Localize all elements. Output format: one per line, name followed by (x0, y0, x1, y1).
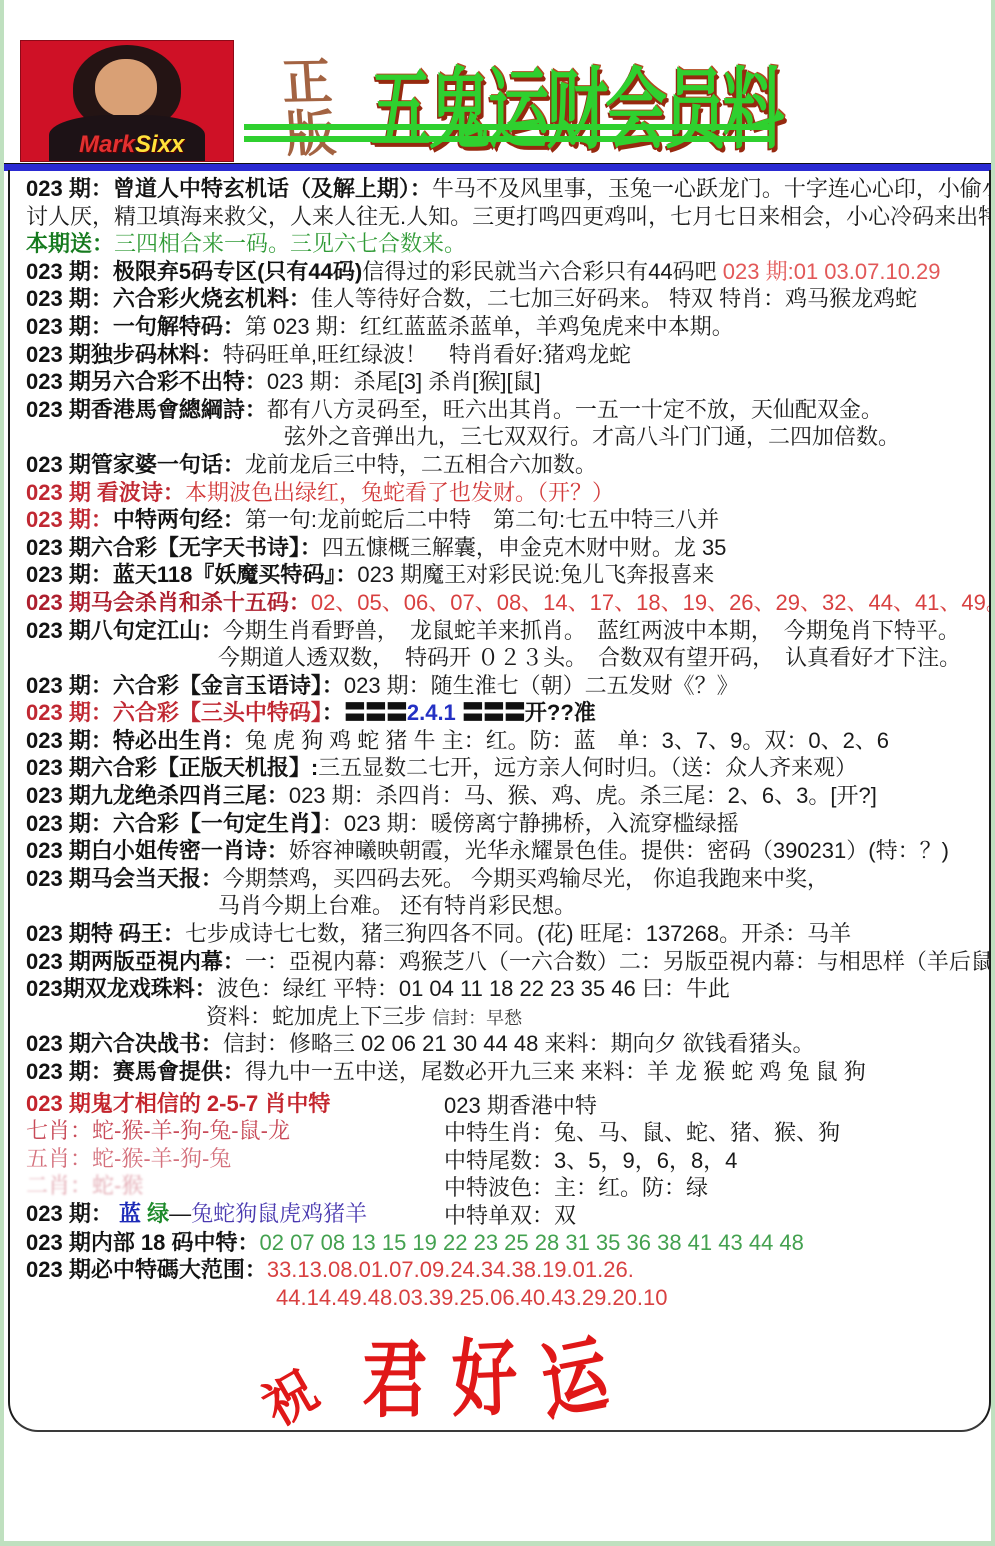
text-segment: 娇容神曦映朝霞，光华永耀景色佳。提供：密码（390231）(特：？) (289, 838, 949, 863)
lottery-tip-sheet-page: MarkSixx 正版 五鬼运财会员料 023 期：曾道人中特玄机话（及解上期）… (0, 0, 995, 1546)
text-segment: 023 期： (26, 286, 113, 311)
text-segment: 023 期： (26, 1201, 119, 1226)
text-segment: 一：亞視内幕：鸡猴芝八（一六合数）二：另版亞視内幕：与相思样（羊后鼠前） (245, 949, 991, 974)
text-segment: 信封：早愁 (432, 1008, 522, 1028)
text-segment: 023 期： (26, 1059, 113, 1084)
text-segment: 023 期：杀四肖：马、猴、鸡、虎。杀三尾：2、6、3。[开?] (289, 783, 877, 808)
text-segment: 023 期九龙绝杀四肖三尾： (26, 783, 289, 808)
text-segment: 七肖：蛇-猴-羊-狗-兔-鼠-龙 (26, 1118, 290, 1143)
text-segment: 023 期：六合彩【三头中特码】 (26, 700, 322, 725)
text-segment: 023 期香港馬會總綱詩： (26, 397, 267, 422)
text-segment: 023 期： (26, 562, 113, 587)
text-segment: 023 期： (26, 314, 113, 339)
text-segment: 信封：修略三 02 06 21 30 44 48 来料：期向夕 欲钱看猪头。 (223, 1031, 815, 1056)
title-underline-1 (244, 124, 772, 130)
content-line: 023 期六合彩【正版天机报】:三五显数二七开，远方亲人何时归。（送：众人齐来观… (26, 754, 983, 782)
content-line: 023 期八句定江山：今期生肖看野兽， 龙鼠蛇羊来抓肖。 蓝红两波中本期， 今期… (26, 617, 983, 645)
content-line: 023 期两版亞視内幕：一：亞視内幕：鸡猴芝八（一六合数）二：另版亞視内幕：与相… (26, 948, 983, 976)
content-line: 023 期：曾道人中特玄机话（及解上期）：牛马不及风里事，玉兔一心跃龙门。十字连… (26, 175, 983, 203)
content-line: 023 期 看波诗：本期波色出绿红，兔蛇看了也发财。（开？） (26, 479, 983, 507)
text-segment: 蓝天118『妖魔买特码』： (113, 562, 358, 587)
text-segment: ：023 期：暖傍离宁静拂桥，入流穿槛绿摇 (322, 811, 739, 836)
content-line: 本期送：三四相合来一码。三见六七合数来。 (26, 230, 983, 258)
zhengban-stamp: 正版 (262, 55, 356, 166)
text-segment: 兔 虎 狗 鸡 蛇 猪 牛 主：红。防：蓝 单：3、7、9。双：0、2、6 (245, 728, 889, 753)
text-segment: 023 期管家婆一句话： (26, 452, 245, 477)
text-segment: 023 期马会杀肖和杀十五码： (26, 590, 311, 615)
text-segment: 本期送： (26, 231, 114, 256)
content-line: 44.14.49.48.03.39.25.06.40.43.29.20.10 (276, 1284, 983, 1312)
content-line: 二肖：蛇-猴 (26, 1172, 367, 1200)
good-luck-wish: 祝君好运 (26, 1313, 983, 1432)
text-segment: 马肖今期上台难。 还有特肖彩民想。 (218, 893, 576, 918)
photo-face (95, 59, 157, 117)
good-luck-char: 君 (362, 1313, 428, 1432)
content-line: 023 期： 蓝 绿—兔蛇狗鼠虎鸡猪羊 (26, 1200, 367, 1228)
content-line: 023 期：六合彩【三头中特码】：〓〓〓2.4.1 〓〓〓开??准 (26, 699, 983, 727)
text-segment: 兔蛇狗鼠虎鸡猪羊 (191, 1201, 367, 1226)
text-segment: 〓〓〓 (462, 700, 525, 725)
text-segment: 023 期： (26, 507, 113, 532)
content-line: 023 期管家婆一句话：龙前龙后三中特，二五相合六加数。 (26, 451, 983, 479)
hongkong-zhongte-column: 023 期香港中特 中特生肖：兔、马、鼠、蛇、猪、猴、狗中特尾数：3、5，9，6… (444, 1092, 840, 1230)
text-segment: 一句解特码： (113, 314, 245, 339)
content-line: 023 期九龙绝杀四肖三尾：023 期：杀四肖：马、猴、鸡、虎。杀三尾：2、6、… (26, 782, 983, 810)
content-line: 今期道人透双数， 特码开 ０２３头。 合数双有望开码， 认真看好才下注。 (218, 644, 983, 672)
content-line: 讨人厌，精卫填海来救父，人来人往无.人知。三更打鸣四更鸡叫，七月七日来相会，小心… (26, 203, 983, 231)
text-segment: ： (322, 700, 344, 725)
text-segment: 023 期另六合彩不出特： (26, 369, 267, 394)
hk-column-row: 中特波色：主：红。防：绿 (444, 1174, 840, 1202)
content-line: 023 期鬼才相信的 2-5-7 肖中特 (26, 1090, 367, 1118)
text-segment: 第 023 期：红红蓝蓝杀蓝单，羊鸡兔虎来中本期。 (245, 314, 734, 339)
content-line: 023 期马会杀肖和杀十五码：02、05、06、07、08、14、17、18、1… (26, 589, 983, 617)
text-segment: 赛馬會提供： (113, 1059, 245, 1084)
marksix-logo: MarkSixx (79, 131, 184, 159)
text-segment: 曾道人中特玄机话（及解上期）： (113, 176, 432, 201)
content-line: 五肖：蛇-猴-羊-狗-兔 (26, 1145, 367, 1173)
text-segment: 本期波色出绿红，兔蛇看了也发财。（开？） (185, 480, 614, 505)
header: MarkSixx 正版 五鬼运财会员料 (4, 0, 991, 163)
text-segment: 2.4.1 (407, 700, 462, 725)
text-segment: 023 期： (26, 176, 113, 201)
text-segment: 023 期：随生淮七（朝）二五发财《？》 (344, 673, 739, 698)
good-luck-char: 祝 (247, 1349, 330, 1432)
good-luck-char: 运 (534, 1306, 613, 1432)
text-segment: 牛马不及风里事，玉兔一心跃龙门。十字连心心印，小偷小摸 (432, 176, 991, 201)
content-line: 马肖今期上台难。 还有特肖彩民想。 (218, 892, 983, 920)
content-line: 023 期：六合彩火烧玄机料：佳人等待好合数，二七加三好码来。 特双 特肖：鸡马… (26, 285, 983, 313)
hk-column-title: 023 期香港中特 (444, 1092, 840, 1120)
text-segment: 六合彩【一句定生肖】 (113, 811, 322, 836)
text-segment: — (169, 1201, 191, 1226)
content-line: 七肖：蛇-猴-羊-狗-兔-鼠-龙 (26, 1117, 367, 1145)
text-segment: 023 期六合彩【正版天机报】: (26, 755, 318, 780)
text-segment: 三四相合来一码。三见六七合数来。 (114, 231, 466, 256)
text-segment: 023 期魔王对彩民说:兔儿飞奔报喜来 (357, 562, 714, 587)
number-lines: 023 期内部 18 码中特：02 07 08 13 15 19 22 23 2… (26, 1229, 983, 1312)
text-segment: 四五慷概三解囊，申金克木财中财。龙 35 (322, 535, 727, 560)
good-luck-char: 好 (450, 1310, 519, 1432)
content-line: 023 期：六合彩【一句定生肖】：023 期：暖傍离宁静拂桥，入流穿槛绿摇 (26, 810, 983, 838)
text-segment: 023 期六合决战书： (26, 1031, 223, 1056)
text-segment: 六合彩【金言玉语诗】： (113, 673, 344, 698)
content-line: 023 期白小姐传密一肖诗：娇容神曦映朝霞，光华永耀景色佳。提供：密码（3902… (26, 837, 983, 865)
text-segment: 七步成诗七七数，猪三狗四各不同。(花) 旺尾：137268。开杀：马羊 (185, 921, 851, 946)
text-segment: 023 期两版亞視内幕： (26, 949, 245, 974)
text-segment: 二肖：蛇-猴 (26, 1173, 143, 1198)
title-underline-2 (244, 136, 772, 142)
text-segment: 023 期内部 18 码中特： (26, 1230, 260, 1255)
text-segment: 绿 (147, 1201, 169, 1226)
content-line: 023 期马会当天报：今期禁鸡，买四码去死。 今期买鸡输尽光， 你追我跑来中奖， (26, 865, 983, 893)
content-line: 弦外之音弹出九，三七双双行。才高八斗门门通，二四加倍数。 (284, 423, 983, 451)
text-segment: 三五显数二七开，远方亲人何时归。（送：众人齐来观） (318, 755, 857, 780)
content-line: 023 期必中特碼大范围：33.13.08.01.07.09.24.34.38.… (26, 1256, 983, 1284)
zodiac-column: 023 期鬼才相信的 2-5-7 肖中特七肖：蛇-猴-羊-狗-兔-鼠-龙五肖：蛇… (26, 1090, 367, 1228)
marksix-photo: MarkSixx (20, 40, 234, 162)
text-segment: 佳人等待好合数，二七加三好码来。 特双 特肖：鸡马猴龙鸡蛇 (311, 286, 917, 311)
text-segment: 极限弃5码专区(只有44码) (113, 259, 362, 284)
text-segment: 都有八方灵码至，旺六出其肖。一五一十定不放，天仙配双金。 (267, 397, 883, 422)
text-segment: 今期生肖看野兽， 龙鼠蛇羊来抓肖。 蓝红两波中本期， 今期兔肖下特平。 (223, 618, 960, 643)
hk-column-row: 中特生肖：兔、马、鼠、蛇、猪、猴、狗 (444, 1119, 840, 1147)
text-segment: 023 期六合彩【无字天书诗】： (26, 535, 322, 560)
content-line: 023 期特 码王：七步成诗七七数，猪三狗四各不同。(花) 旺尾：137268。… (26, 920, 983, 948)
content-line: 023 期：极限弃5码专区(只有44码)信得过的彩民就当六合彩只有44码吧 02… (26, 258, 983, 286)
text-segment: 资料：蛇加虎上下三步 (206, 1004, 432, 1029)
content-line: 023 期：六合彩【金言玉语诗】：023 期：随生淮七（朝）二五发财《？》 (26, 672, 983, 700)
text-segment: 〓〓〓 (344, 700, 407, 725)
content-line: 023 期：特必出生肖：兔 虎 狗 鸡 蛇 猪 牛 主：红。防：蓝 单：3、7、… (26, 727, 983, 755)
text-segment: 得九中一五中送，尾数必开九三来 来料：羊 龙 猴 蛇 鸡 兔 鼠 狗 (245, 1059, 866, 1084)
text-segment: 六合彩火烧玄机料： (113, 286, 311, 311)
text-segment: 023 期八句定江山： (26, 618, 223, 643)
content-line: 023 期另六合彩不出特：023 期：杀尾[3] 杀肖[猴][鼠] (26, 368, 983, 396)
logo-six-text: Sixx (135, 131, 184, 158)
text-segment: 龙前龙后三中特，二五相合六加数。 (245, 452, 597, 477)
text-segment: 023 期鬼才相信的 2-5-7 肖中特 (26, 1091, 330, 1116)
text-segment: 开??准 (525, 700, 596, 725)
text-segment: 五肖：蛇-猴-羊-狗-兔 (26, 1146, 231, 1171)
content-line: 023期双龙戏珠料：波色：绿红 平特：01 04 11 18 22 23 35 … (26, 975, 983, 1003)
page-title: 五鬼运财会员料 (370, 40, 782, 166)
text-segment: 023期双龙戏珠料： (26, 976, 217, 1001)
hk-column-row: 中特单双：双 (444, 1202, 840, 1230)
content-line: 023 期六合彩【无字天书诗】：四五慷概三解囊，申金克木财中财。龙 35 (26, 534, 983, 562)
tip-lines: 023 期：曾道人中特玄机话（及解上期）：牛马不及风里事，玉兔一心跃龙门。十字连… (26, 175, 983, 1086)
text-segment: 023 期 看波诗： (26, 480, 185, 505)
text-segment: 中特两句经： (113, 507, 245, 532)
text-segment: 02、05、06、07、08、14、17、18、19、26、29、32、44、4… (311, 590, 991, 615)
content-line: 023 期：中特两句经：第一句:龙前蛇后二中特 第二句:七五中特三八并 (26, 506, 983, 534)
text-segment: 讨人厌，精卫填海来救父，人来人往无.人知。三更打鸣四更鸡叫，七月七日来相会，小心… (26, 204, 991, 229)
two-column-block: 023 期鬼才相信的 2-5-7 肖中特七肖：蛇-猴-羊-狗-兔-鼠-龙五肖：蛇… (26, 1090, 983, 1229)
text-segment: 023 期：杀尾[3] 杀肖[猴][鼠] (267, 369, 541, 394)
text-segment: 今期禁鸡，买四码去死。 今期买鸡输尽光， 你追我跑来中奖， (223, 866, 829, 891)
text-segment: 023 期： (26, 673, 113, 698)
text-segment: 023 期必中特碼大范围： (26, 1257, 267, 1282)
text-segment: 波色：绿红 平特：01 04 11 18 22 23 35 46 曰：牛此 (217, 976, 730, 1001)
content-line: 023 期六合决战书：信封：修略三 02 06 21 30 44 48 来料：期… (26, 1030, 983, 1058)
text-segment: 023 期白小姐传密一肖诗： (26, 838, 289, 863)
text-segment: 023 期： (26, 259, 113, 284)
text-segment: 第一句:龙前蛇后二中特 第二句:七五中特三八并 (245, 507, 719, 532)
text-segment: 今期道人透双数， 特码开 ０２３头。 合数双有望开码， 认真看好才下注。 (218, 645, 961, 670)
text-segment: 023 期： (26, 811, 113, 836)
text-segment: 信得过的彩民就当六合彩只有44码吧 (362, 259, 723, 284)
text-segment: 023 期： (26, 728, 113, 753)
hk-column-row: 中特尾数：3、5，9，6，8，4 (444, 1147, 840, 1175)
text-segment: 023 期:01 03.07.10.29 (723, 259, 941, 284)
text-segment: 33.13.08.01.07.09.24.34.38.19.01.26. (267, 1257, 634, 1282)
text-segment: 特必出生肖： (113, 728, 245, 753)
text-segment: 02 07 08 13 15 19 22 23 25 28 31 35 36 3… (260, 1230, 804, 1255)
text-segment: 弦外之音弹出九，三七双双行。才高八斗门门通，二四加倍数。 (284, 424, 900, 449)
content-line: 023 期：赛馬會提供：得九中一五中送，尾数必开九三来 来料：羊 龙 猴 蛇 鸡… (26, 1058, 983, 1086)
content-line: 023 期：一句解特码：第 023 期：红红蓝蓝杀蓝单，羊鸡兔虎来中本期。 (26, 313, 983, 341)
content-line: 023 期香港馬會總綱詩：都有八方灵码至，旺六出其肖。一五一十定不放，天仙配双金… (26, 396, 983, 424)
content-line: 023 期：蓝天118『妖魔买特码』：023 期魔王对彩民说:兔儿飞奔报喜来 (26, 561, 983, 589)
content-line: 023 期内部 18 码中特：02 07 08 13 15 19 22 23 2… (26, 1229, 983, 1257)
text-segment: 023 期独步码林料： (26, 342, 223, 367)
text-segment: 44.14.49.48.03.39.25.06.40.43.29.20.10 (276, 1285, 667, 1310)
logo-mark-text: Mark (79, 131, 135, 158)
content-box: 023 期：曾道人中特玄机话（及解上期）：牛马不及风里事，玉兔一心跃龙门。十字连… (8, 170, 991, 1432)
content-line: 023 期独步码林料：特码旺单,旺红绿波！ 特肖看好:猪鸡龙蛇 (26, 341, 983, 369)
text-segment: 特码旺单,旺红绿波！ 特肖看好:猪鸡龙蛇 (223, 342, 631, 367)
text-segment: 蓝 (119, 1201, 147, 1226)
text-segment: 023 期特 码王： (26, 921, 185, 946)
text-segment: 023 期马会当天报： (26, 866, 223, 891)
content-line: 资料：蛇加虎上下三步 信封：早愁 (206, 1003, 983, 1031)
